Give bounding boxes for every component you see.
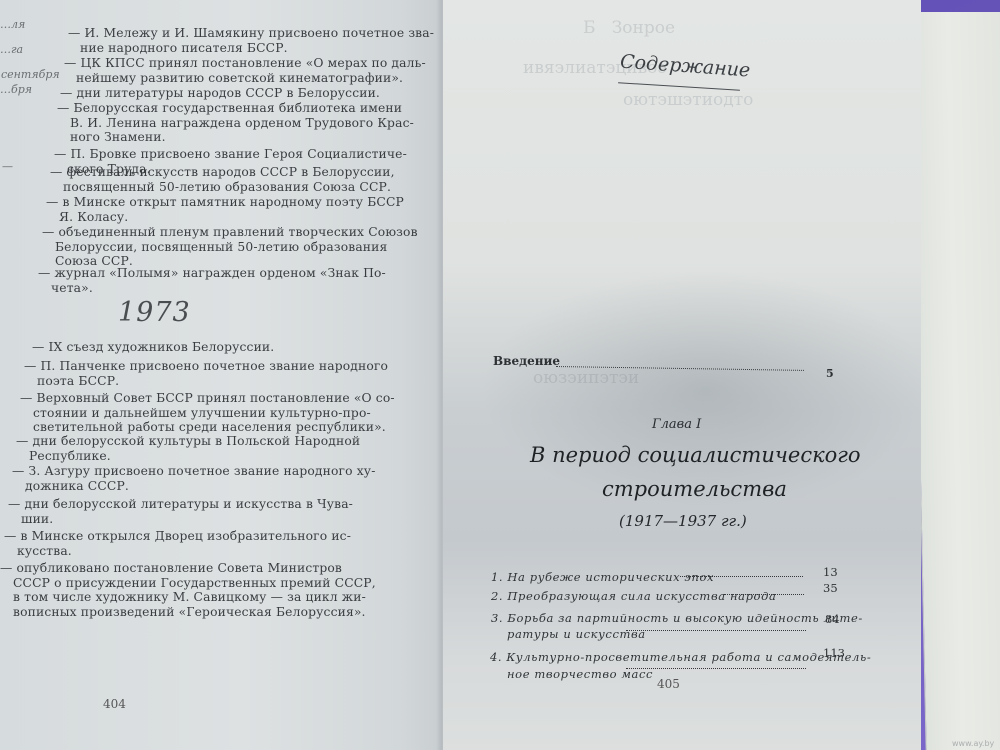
dot-leader [626, 668, 806, 669]
margin-date: …ля [0, 18, 25, 31]
page-number-left: 404 [103, 697, 126, 711]
chronology-entry: — дни белорусской культуры в Польской На… [16, 434, 360, 463]
toc-intro-page: 5 [826, 367, 834, 380]
dot-leader [724, 594, 804, 595]
year-heading: 1973 [118, 297, 191, 328]
chronology-entry: — П. Панченке присвоено почетное звание … [24, 359, 388, 388]
chapter-label: Глава I [652, 417, 701, 432]
chronology-entry: — И. Мележу и И. Шамякину присвоено поче… [68, 26, 434, 55]
toc-item-continuation[interactable]: ное творчество масс [507, 667, 653, 681]
chronology-entry: — фестиваль искусств народов СССР в Бело… [50, 165, 395, 194]
page-stack-edge [910, 12, 1000, 750]
toc-intro-label[interactable]: Введение [493, 354, 560, 368]
margin-date: …га [0, 43, 23, 56]
left-page: …ля …га …сентября …бря — — И. Мележу и И… [0, 0, 445, 750]
chronology-entry: — IX съезд художников Белоруссии. [32, 340, 274, 355]
toc-page-number: 84 [825, 612, 840, 626]
margin-date: — [2, 160, 13, 173]
watermark: www.ay.by [952, 739, 994, 748]
bleed-through-text: оюзэипэтэи [533, 368, 639, 388]
toc-item[interactable]: 4. Культурно-просветительная работа и са… [490, 650, 871, 664]
bleed-through-text: Б Зонрое [583, 18, 675, 38]
toc-page-number: 35 [823, 581, 838, 595]
chronology-entry: — объединенный пленум правлений творческ… [42, 225, 418, 269]
chronology-entry: — опубликовано постановление Совета Мини… [0, 561, 376, 619]
chronology-entry: — Верховный Совет БССР принял постановле… [20, 391, 395, 435]
bleed-through-text: оютэшэтиодто [623, 90, 753, 110]
toc-item-continuation[interactable]: ратуры и искусства [507, 627, 646, 641]
margin-date: …сентября [0, 68, 60, 81]
page-number-right: 405 [657, 677, 680, 691]
chronology-entry: — З. Азгуру присвоено почетное звание на… [12, 464, 376, 493]
chapter-title-line: строительства [602, 477, 787, 501]
chronology-entry: — ЦК КПСС принял постановление «О мерах … [64, 56, 426, 85]
chapter-years: (1917—1937 гг.) [619, 512, 747, 530]
toc-item[interactable]: 1. На рубеже исторических эпох [491, 570, 714, 584]
dot-leader [680, 576, 803, 577]
chronology-entry: — Белорусская государственная библиотека… [57, 101, 414, 145]
chronology-entry: — дни белорусской литературы и искусства… [8, 497, 353, 526]
toc-page-number: 113 [823, 646, 845, 660]
chronology-entry: — дни литературы народов СССР в Белорусс… [60, 86, 380, 101]
chronology-entry: — в Минске открылся Дворец изобразительн… [4, 529, 351, 558]
dot-leader [626, 630, 806, 631]
toc-item[interactable]: 2. Преобразующая сила искусства народа [491, 589, 776, 603]
chronology-entry: — журнал «Полымя» награжден орденом «Зна… [38, 266, 386, 295]
chapter-title-line: В период социалистического [530, 443, 861, 467]
chronology-entry: — в Минске открыт памятник народному поэ… [46, 195, 404, 224]
toc-page-number: 13 [823, 565, 838, 579]
margin-date: …бря [0, 83, 32, 96]
toc-item[interactable]: 3. Борьба за партийность и высокую идейн… [491, 611, 863, 625]
